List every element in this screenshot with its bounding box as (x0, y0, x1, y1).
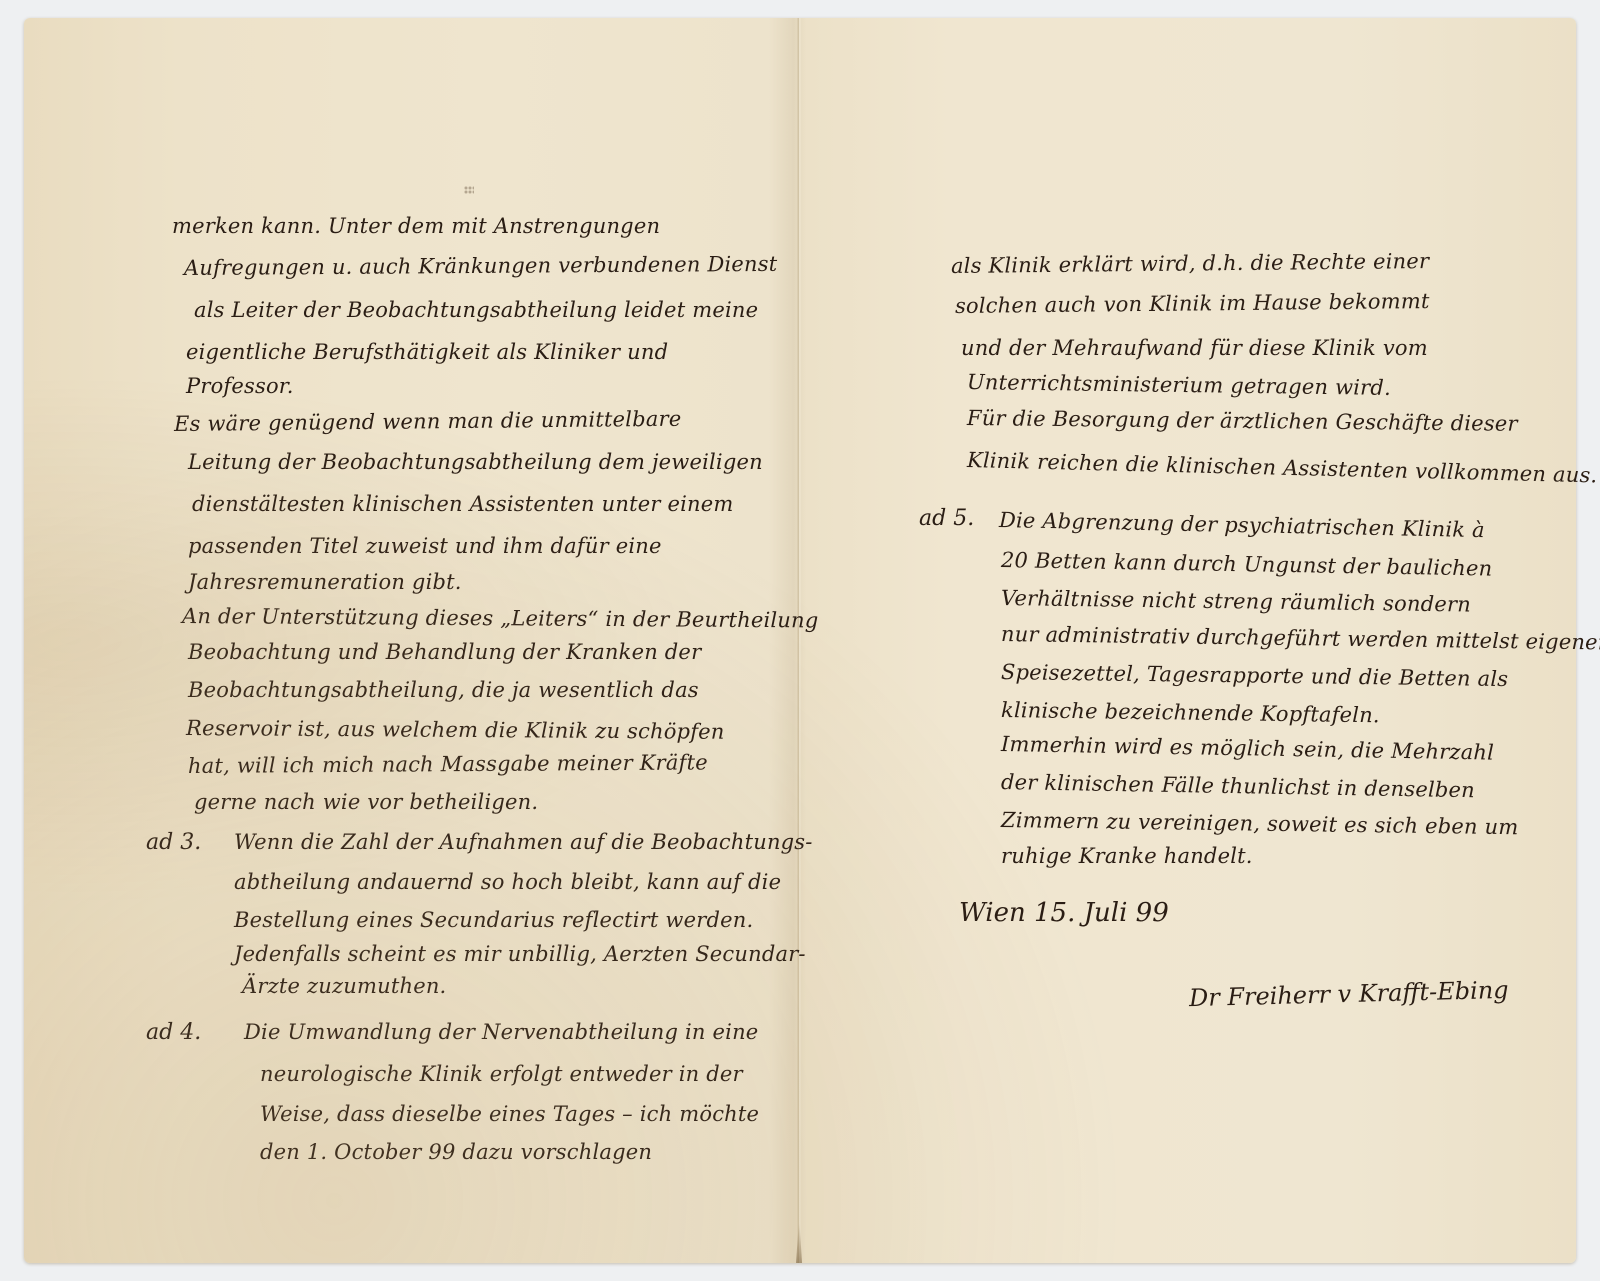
section-label: ad 3. (146, 830, 201, 855)
handwritten-line: Ärzte zuzumuthen. (242, 974, 446, 998)
handwritten-line: Jedenfalls scheint es mir unbillig, Aerz… (234, 942, 806, 966)
handwritten-line: Reservoir ist, aus welchem die Klinik zu… (186, 716, 725, 744)
handwritten-line: Klinik reichen die klinischen Assistente… (967, 448, 1598, 487)
right-page: als Klinik erklärt wird, d.h. die Rechte… (801, 18, 1576, 1263)
handwritten-line: Beobachtungsabtheilung, die ja wesentlic… (188, 678, 699, 702)
section-label: ad 5. (919, 506, 974, 531)
handwritten-line: als Leiter der Beobachtungsabtheilung le… (194, 298, 758, 322)
handwritten-line: neurologische Klinik erfolgt entweder in… (260, 1062, 743, 1086)
handwritten-line: Professor. (186, 374, 294, 398)
section-label: ad 4. (146, 1020, 201, 1045)
left-page: merken kann. Unter dem mit Anstrengungen… (24, 18, 799, 1263)
handwritten-line: Für die Besorgung der ärztlichen Geschäf… (967, 406, 1518, 436)
handwritten-line: Jahresremuneration gibt. (188, 570, 462, 594)
handwritten-line: Verhältnisse nicht streng räumlich sonde… (1001, 586, 1471, 617)
handwritten-line: ruhige Kranke handelt. (1001, 844, 1253, 868)
handwritten-line: Aufregungen u. auch Kränkungen verbunden… (184, 252, 778, 280)
handwritten-line: Immerhin wird es möglich sein, die Mehrz… (1001, 732, 1494, 765)
handwritten-line: nur administrativ durchgeführt werden mi… (1001, 622, 1600, 654)
handwritten-line: Wenn die Zahl der Aufnahmen auf die Beob… (234, 830, 813, 854)
handwritten-line: klinische bezeichnende Kopftafeln. (1001, 698, 1380, 727)
handwritten-line: Weise, dass dieselbe eines Tages – ich m… (260, 1102, 759, 1126)
handwritten-line: abtheilung andauernd so hoch bleibt, kan… (234, 870, 781, 894)
handwritten-line: Zimmern zu vereinigen, soweit es sich eb… (1001, 808, 1519, 839)
handwritten-line: Beobachtung und Behandlung der Kranken d… (188, 640, 701, 664)
handwritten-line: den 1. October 99 dazu vorschlagen (260, 1140, 652, 1164)
handwritten-line: solchen auch von Klinik im Hause bekommt (955, 289, 1430, 318)
handwritten-line: dienstältesten klinischen Assistenten un… (192, 492, 733, 516)
letter-sheet: merken kann. Unter dem mit Anstrengungen… (24, 18, 1576, 1263)
handwritten-line: Speisezettel, Tagesrapporte und die Bett… (1001, 660, 1509, 691)
handwritten-line: Die Umwandlung der Nervenabtheilung in e… (244, 1020, 758, 1044)
handwritten-line: Leitung der Beobachtungsabtheilung dem j… (188, 450, 763, 474)
handwritten-line: merken kann. Unter dem mit Anstrengungen (172, 214, 660, 238)
photo-background: merken kann. Unter dem mit Anstrengungen… (0, 0, 1600, 1281)
handwritten-line: eigentliche Berufsthätigkeit als Klinike… (186, 340, 668, 364)
handwritten-line: Es wäre genügend wenn man die unmittelba… (174, 407, 682, 436)
handwritten-line: als Klinik erklärt wird, d.h. die Rechte… (951, 249, 1429, 278)
handwritten-line: und der Mehraufwand für diese Klinik vom (961, 336, 1428, 360)
place-date: Wien 15. Juli 99 (959, 898, 1169, 928)
signature: Dr Freiherr v Krafft-Ebing (1189, 976, 1509, 1012)
handwritten-line: 20 Betten kann durch Ungunst der baulich… (1001, 548, 1493, 581)
handwritten-line: der klinischen Fälle thunlichst in dense… (1001, 770, 1475, 802)
handwritten-line: hat, will ich mich nach Massgabe meiner … (188, 750, 708, 778)
handwritten-line: Bestellung eines Secundarius reflectirt … (234, 908, 753, 932)
ink-speck (464, 186, 474, 194)
handwritten-line: passenden Titel zuweist und ihm dafür ei… (188, 534, 662, 558)
handwritten-line: gerne nach wie vor betheiligen. (194, 790, 538, 814)
handwritten-line: Unterrichtsministerium getragen wird. (967, 370, 1391, 400)
handwritten-line: An der Unterstützung dieses „Leiters“ in… (182, 604, 819, 632)
handwritten-line: Die Abgrenzung der psychiatrischen Klini… (999, 508, 1485, 542)
